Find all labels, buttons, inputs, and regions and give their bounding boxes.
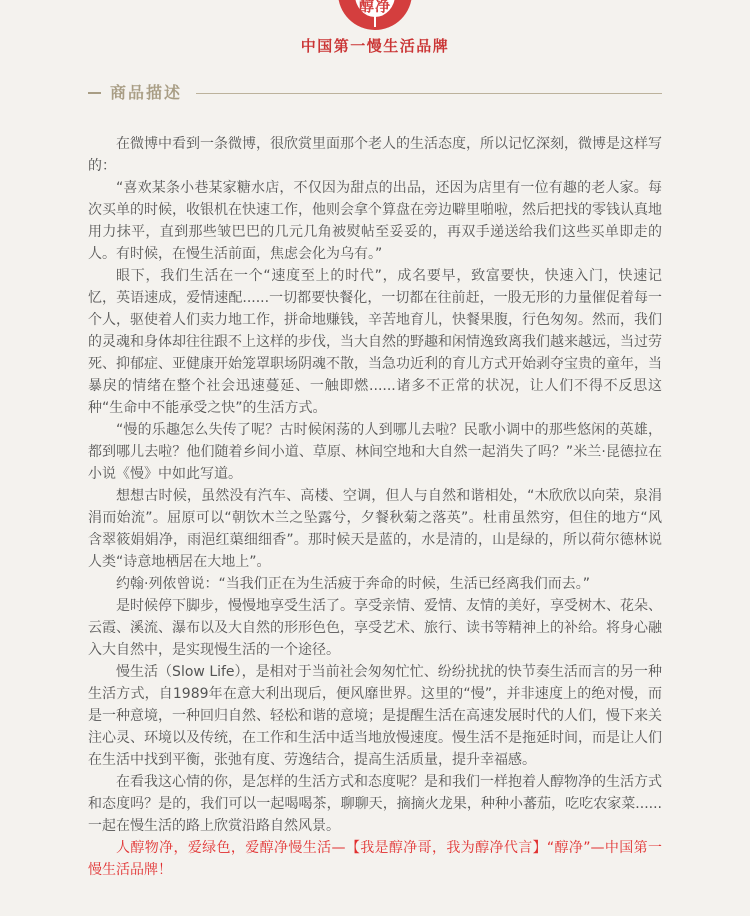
description-paragraph: “喜欢某条小巷某家糖水店，不仅因为甜点的出品，还因为店里有一位有趣的老人家。每次… [88,177,662,265]
description-paragraph: 慢生活（Slow Life），是相对于当前社会匆匆忙忙、纷纷扰扰的快节奏生活而言… [88,661,662,771]
description-paragraph: 是时候停下脚步，慢慢地享受生活了。享受亲情、爱情、友情的美好，享受树木、花朵、云… [88,595,662,661]
description-paragraph: 眼下，我们生活在一个“速度至上的时代”，成名要早，致富要快，快速入门，快速记忆，… [88,265,662,419]
brand-header: 醇净 中国第一慢生活品牌 [0,0,750,56]
header-dash-decoration [88,92,101,94]
brand-slogan-paragraph: 人醇物净，爱绿色，爱醇净慢生活—【我是醇净哥，我为醇净代言】“醇净”—中国第一慢… [88,837,662,881]
section-title: 商品描述 [110,84,182,102]
header-rule-line [196,93,662,94]
logo-text: 醇净 [359,0,391,15]
description-paragraph: 约翰·列侬曾说：“当我们正在为生活疲于奔命的时候，生活已经离我们而去。” [88,573,662,595]
fan-badge-icon: 醇净 [333,0,417,31]
description-article: 在微博中看到一条微博，很欣赏里面那个老人的生活态度，所以记忆深刻，微博是这样写的… [88,133,662,881]
description-paragraph: 在微博中看到一条微博，很欣赏里面那个老人的生活态度，所以记忆深刻，微博是这样写的… [88,133,662,177]
description-paragraph: 在看我这心情的你，是怎样的生活方式和态度呢？是和我们一样抱着人醇物净的生活方式和… [88,771,662,837]
section-header: 商品描述 [88,84,662,102]
brand-logo: 醇净 [0,0,750,31]
brand-tagline: 中国第一慢生活品牌 [0,35,750,56]
description-paragraph: “慢的乐趣怎么失传了呢？古时候闲荡的人到哪儿去啦？民歌小调中的那些悠闲的英雄，都… [88,419,662,485]
description-paragraph: 想想古时候，虽然没有汽车、高楼、空调，但人与自然和谐相处，“木欣欣以向荣，泉涓涓… [88,485,662,573]
product-description-page: 醇净 中国第一慢生活品牌 商品描述 在微博中看到一条微博，很欣赏里面那个老人的生… [0,0,750,881]
